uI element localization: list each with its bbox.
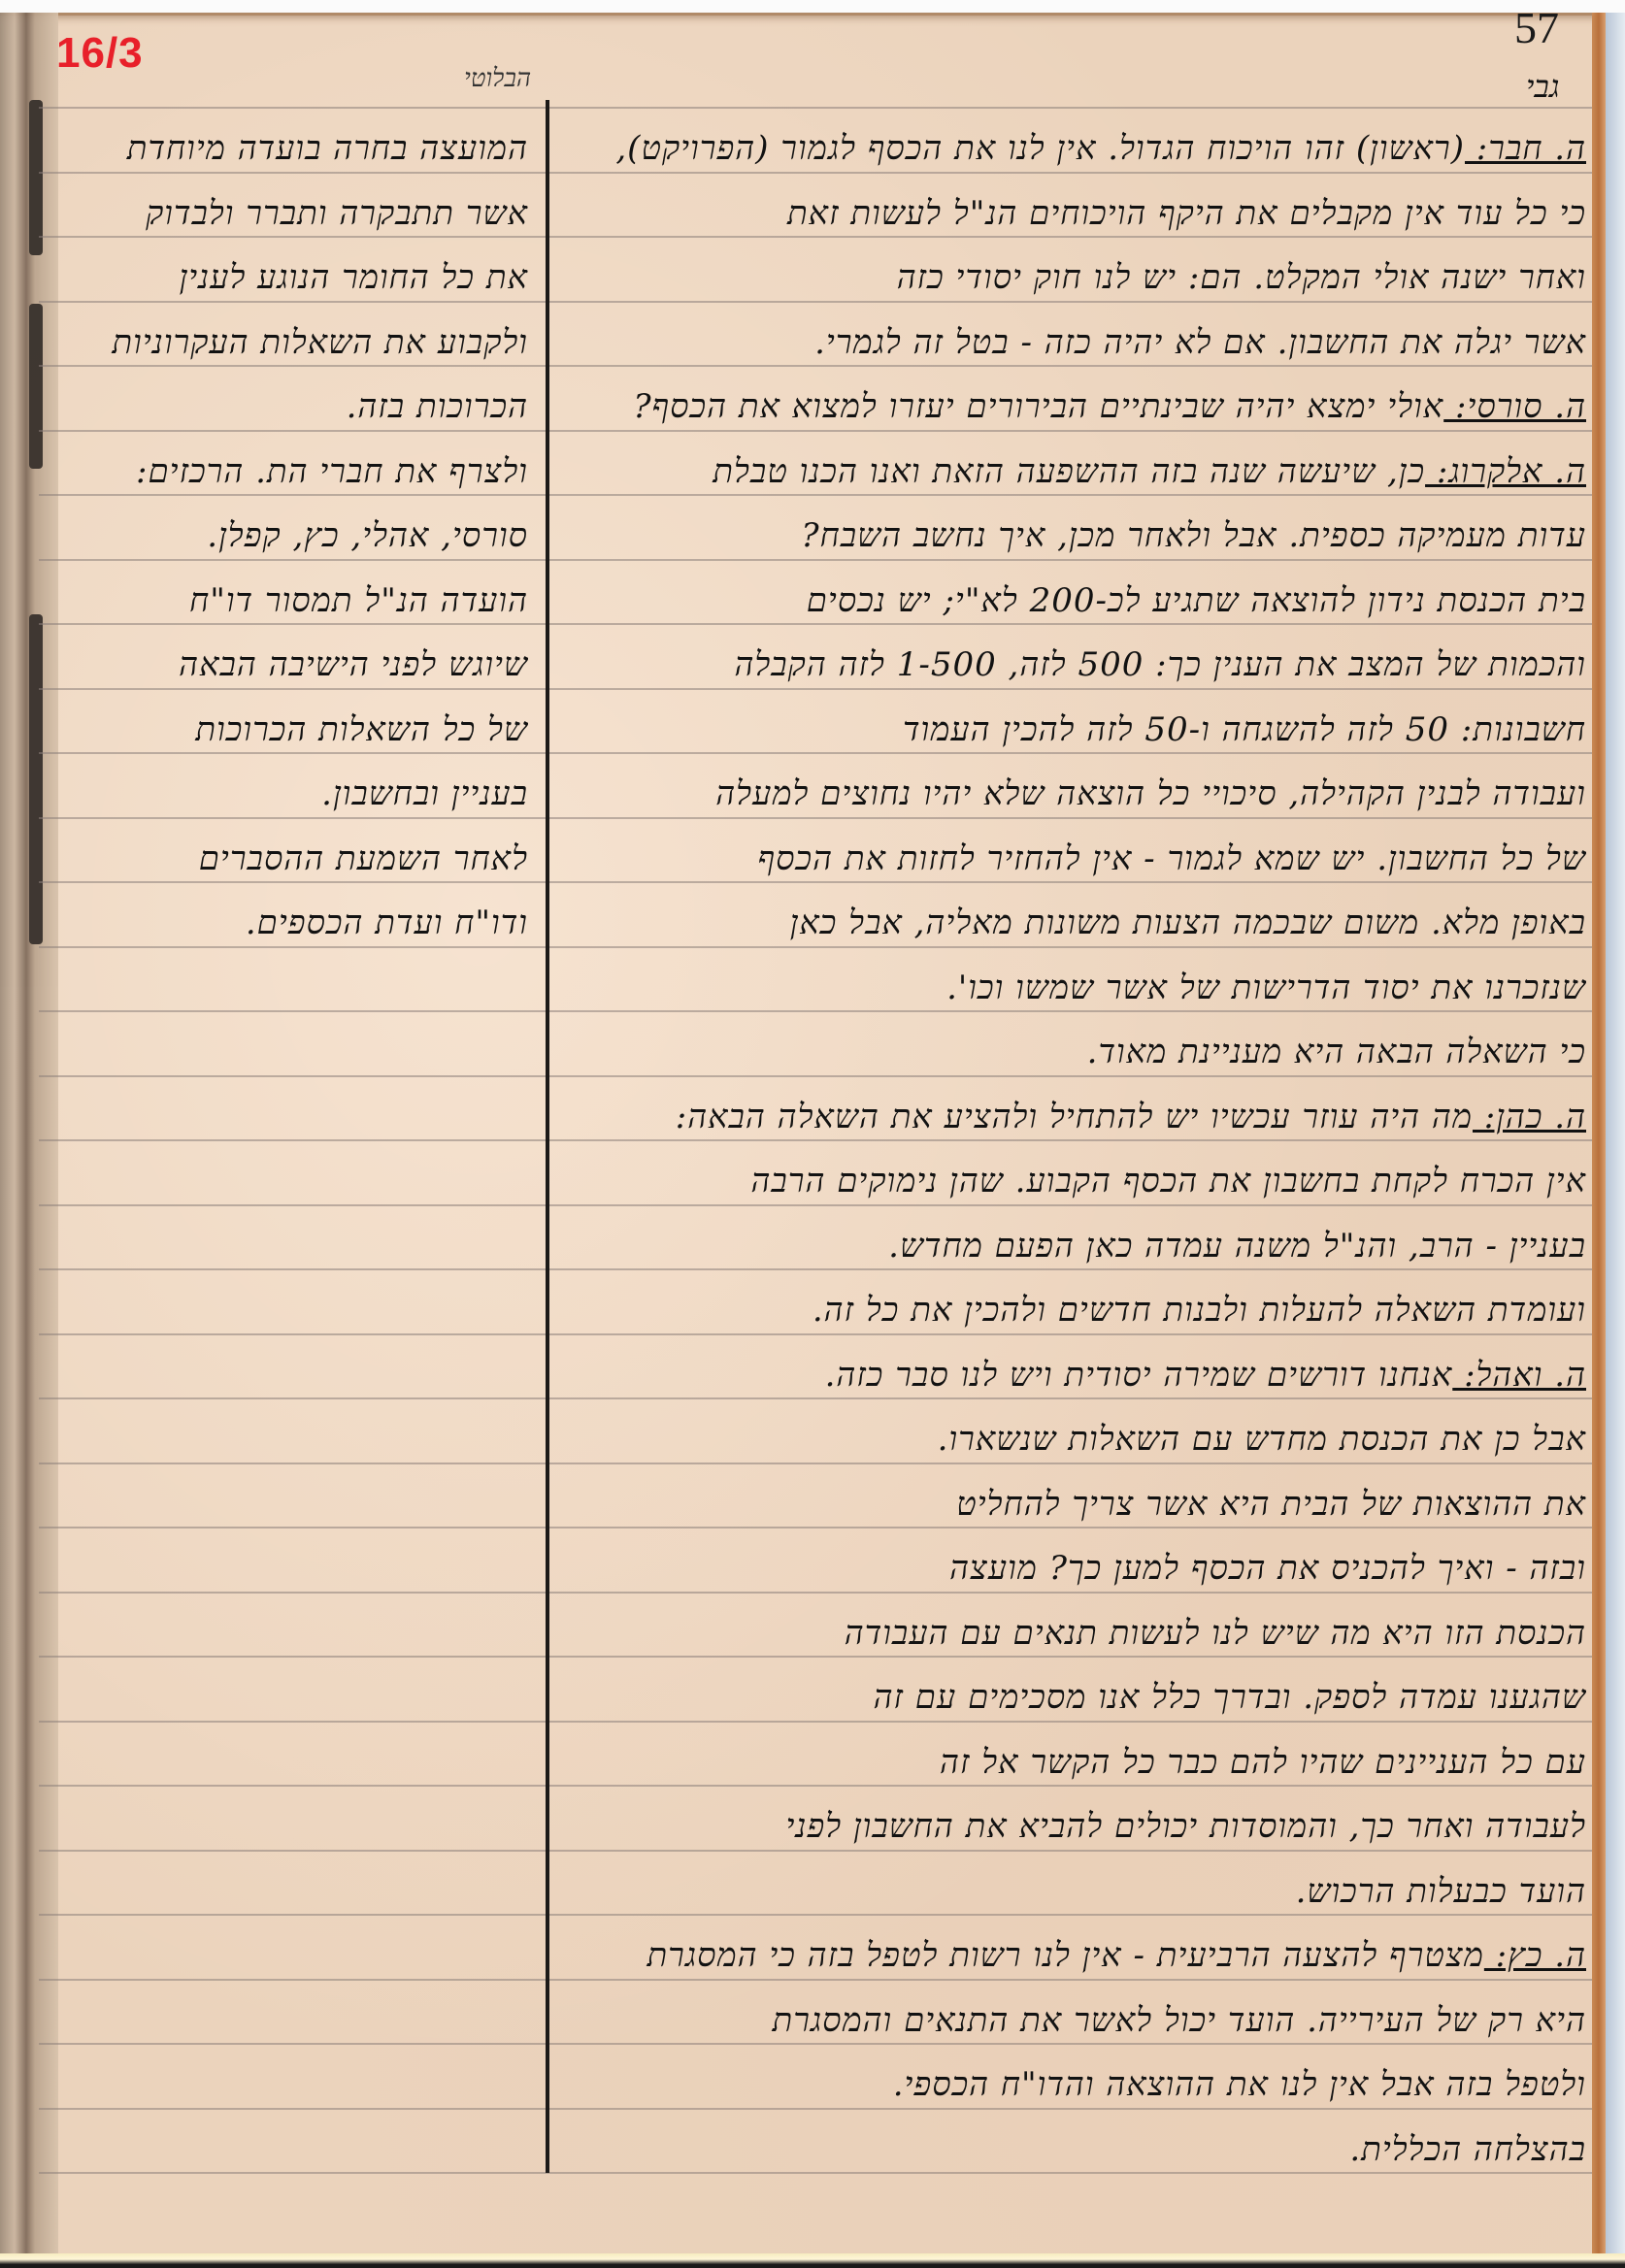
right-binding: [1592, 13, 1606, 2264]
minutes-text: שנזכרנו את יסוד הדרישות של אשר שמשו וכו'…: [946, 969, 1586, 1007]
minutes-line: של כל החשבון. יש שמא לגמור - אין להחזיר …: [557, 835, 1586, 883]
note-line: סורסי, אהלי, כץ, קפלן.: [52, 511, 528, 560]
minutes-line: ה. כהן: מה היה עוזר עכשיו יש להתחיל ולהצ…: [557, 1093, 1586, 1141]
minutes-text: כי השאלה הבאה היא מעניינת מאוד.: [1087, 1033, 1586, 1071]
note-line: את כל החומר הנוגע לענין: [52, 253, 528, 302]
minutes-line: כי כל עוד אין מקבלים את היקף הויכוחים הנ…: [557, 189, 1586, 238]
minutes-line: ה. חבר: (ראשון) זהו הויכוח הגדול. אין לנ…: [557, 124, 1586, 173]
minutes-text: אין הכרח לקחת בחשבון את הכסף הקבוע. שהן …: [750, 1162, 1586, 1200]
left-column-heading: הבלוטי: [464, 64, 531, 93]
note-line: ולצרף את חברי הת. הרכזים:: [52, 447, 528, 496]
minutes-line: ואחר ישנה אולי המקלט. הם: יש לנו חוק יסו…: [557, 253, 1586, 302]
minutes-line: ה. סורסי: אולי ימצא יהיה שבינתיים הבירור…: [557, 382, 1586, 431]
minutes-text: של כל החשבון. יש שמא לגמור - אין להחזיר …: [758, 839, 1586, 878]
minutes-text: ועבודה לבנין הקהילה, סיכויי כל הוצאה שלא…: [715, 774, 1586, 813]
minutes-text: בהצלחה הכללית.: [1349, 2130, 1586, 2169]
minutes-line: לעבודה ואחר כך, והמוסדות יכולים להביא את…: [557, 1802, 1586, 1851]
minutes-line: אבל כן את הכנסת מחדש עם השאלות שנשארו.: [557, 1415, 1586, 1463]
minutes-text: הועד כבעלות הרכוש.: [1296, 1872, 1586, 1911]
minutes-text: אבל כן את הכנסת מחדש עם השאלות שנשארו.: [938, 1420, 1586, 1459]
minutes-text: לעבודה ואחר כך, והמוסדות יכולים להביא את…: [785, 1807, 1586, 1846]
minutes-text: עדות מעמיקה כספית. אבל ולאחר מכן, איך נח…: [801, 516, 1586, 555]
minutes-text: ועומדת השאלה להעלות ולבנות חדשים ולהכין …: [812, 1291, 1586, 1330]
minutes-line: כי השאלה הבאה היא מעניינת מאוד.: [557, 1028, 1586, 1076]
minutes-line: חשבונות: 50 לזה להשגחה ו-50 לזה להכין הע…: [557, 706, 1586, 754]
note-line: לאחר השמעת ההסברים: [52, 835, 528, 883]
minutes-text: ואחר ישנה אולי המקלט. הם: יש לנו חוק יסו…: [897, 258, 1586, 297]
minutes-text: בית הכנסת נידון להוצאה שתגיע לכ-200 לא"י…: [807, 581, 1586, 620]
minutes-text: כי כל עוד אין מקבלים את היקף הויכוחים הנ…: [787, 194, 1586, 233]
minutes-line: באופן מלא. משום שבכמה הצעות משונות מאליה…: [557, 899, 1586, 947]
minutes-text: כן, שיעשה שנה בזה ההשפעה הזאת ואנו הכנו …: [713, 452, 1425, 491]
minutes-line: שנזכרנו את יסוד הדרישות של אשר שמשו וכו'…: [557, 964, 1586, 1012]
note-line: בעניין ובחשבון.: [52, 770, 528, 818]
minutes-text: מה היה עוזר עכשיו יש להתחיל ולהציע את הש…: [676, 1098, 1473, 1136]
binding-stitch: [29, 614, 43, 944]
minutes-text: אולי ימצא יהיה שבינתיים הבירורים יעזרו ל…: [633, 387, 1443, 426]
header-word: גבי: [1526, 68, 1559, 105]
minutes-line: בית הכנסת נידון להוצאה שתגיע לכ-200 לא"י…: [557, 576, 1586, 625]
minutes-line: והכמות של המצב את הענין כך: 500 לזה, 1-5…: [557, 641, 1586, 689]
minutes-text: ולטפל בזה אבל אין לנו את ההוצאה והדו"ח ה…: [893, 2065, 1586, 2104]
minutes-text: אשר יגלה את החשבון. אם לא יהיה כזה - בטל…: [814, 323, 1586, 362]
note-line: של כל השאלות הכרוכות: [52, 706, 528, 754]
binding-stitch: [29, 304, 43, 469]
bottom-edge: [0, 2253, 1625, 2268]
minutes-text: בעניין - הרב, והנ"ל משנה עמדה כאן הפעם מ…: [888, 1227, 1586, 1265]
binding-stitch: [29, 100, 43, 255]
minutes-line: אין הכרח לקחת בחשבון את הכסף הקבוע. שהן …: [557, 1157, 1586, 1205]
minutes-text: (ראשון) זהו הויכוח הגדול. אין לנו את הכס…: [615, 129, 1465, 168]
minutes-line: בהצלחה הכללית.: [557, 2125, 1586, 2174]
page-number: 57: [1514, 2, 1559, 53]
minutes-line: עם כל העניינים שהיו להם כבר כל הקשר אל ז…: [557, 1738, 1586, 1787]
note-line: ולקבוע את השאלות העקרוניות: [52, 318, 528, 367]
minutes-line: ה. אלקרוג: כן, שיעשה שנה בזה ההשפעה הזאת…: [557, 447, 1586, 496]
minutes-text: את ההוצאות של הבית היא אשר צריך להחליט: [956, 1485, 1586, 1524]
note-line: אשר תתבקרה ותברר ולבדוק: [52, 189, 528, 238]
note-line: הועדה הנ"ל תמסור דו"ח: [52, 576, 528, 625]
scan-background: [1606, 13, 1625, 2264]
minutes-line: ובזה - ואיך להכניס את הכסף למען כך? מועצ…: [557, 1544, 1586, 1593]
speaker-name: ה. אלקרוג:: [1425, 452, 1586, 491]
minutes-line: אשר יגלה את החשבון. אם לא יהיה כזה - בטל…: [557, 318, 1586, 367]
minutes-line: שהגענו עמדה לספק. ובדרך כלל אנו מסכימים …: [557, 1673, 1586, 1722]
document-label: 16/3: [56, 29, 144, 78]
speaker-name: ה. כץ:: [1484, 1936, 1586, 1975]
speaker-name: ה. חבר:: [1465, 129, 1586, 168]
column-divider: [546, 100, 549, 2173]
minutes-line: ועומדת השאלה להעלות ולבנות חדשים ולהכין …: [557, 1286, 1586, 1334]
speaker-name: ה. כהן:: [1473, 1098, 1586, 1136]
minutes-line: בעניין - הרב, והנ"ל משנה עמדה כאן הפעם מ…: [557, 1222, 1586, 1270]
minutes-text: שהגענו עמדה לספק. ובדרך כלל אנו מסכימים …: [874, 1678, 1586, 1717]
minutes-line: את ההוצאות של הבית היא אשר צריך להחליט: [557, 1480, 1586, 1528]
minutes-text: עם כל העניינים שהיו להם כבר כל הקשר אל ז…: [940, 1743, 1586, 1782]
speaker-name: ה. סורסי:: [1443, 387, 1586, 426]
note-line: ודו"ח ועדת הכספים.: [52, 899, 528, 947]
minutes-line: ה. כץ: מצטרף להצעה הרביעית - אין לנו רשו…: [557, 1931, 1586, 1980]
minutes-text: חשבונות: 50 לזה להשגחה ו-50 לזה להכין הע…: [903, 710, 1586, 749]
minutes-line: ועבודה לבנין הקהילה, סיכויי כל הוצאה שלא…: [557, 770, 1586, 818]
minutes-line: היא רק של העירייה. הועד יכול לאשר את התנ…: [557, 1996, 1586, 2045]
note-line: המועצה בחרה בועדה מיוחדת: [52, 124, 528, 173]
minutes-text: היא רק של העירייה. הועד יכול לאשר את התנ…: [772, 2001, 1586, 2040]
note-line: הכרוכות בזה.: [52, 382, 528, 431]
note-line: שיוגש לפני הישיבה הבאה: [52, 641, 528, 689]
minutes-text: והכמות של המצב את הענין כך: 500 לזה, 1-5…: [734, 645, 1586, 684]
minutes-text: ובזה - ואיך להכניס את הכסף למען כך? מועצ…: [949, 1549, 1586, 1588]
minutes-line: הועד כבעלות הרכוש.: [557, 1867, 1586, 1916]
minutes-text: הכנסת הזו היא מה שיש לנו לעשות תנאים עם …: [845, 1614, 1586, 1653]
minutes-line: ה. ואהל: אנחנו דורשים שמירה יסודית ויש ל…: [557, 1351, 1586, 1399]
minutes-text: באופן מלא. משום שבכמה הצעות משונות מאליה…: [790, 904, 1586, 942]
minutes-text: אנחנו דורשים שמירה יסודית ויש לנו סבר כז…: [825, 1356, 1453, 1395]
minutes-text: מצטרף להצעה הרביעית - אין לנו רשות לטפל …: [647, 1936, 1483, 1975]
minutes-line: הכנסת הזו היא מה שיש לנו לעשות תנאים עם …: [557, 1609, 1586, 1658]
speaker-name: ה. ואהל:: [1452, 1356, 1586, 1395]
minutes-line: ולטפל בזה אבל אין לנו את ההוצאה והדו"ח ה…: [557, 2060, 1586, 2109]
left-binding: [0, 13, 58, 2264]
minutes-line: עדות מעמיקה כספית. אבל ולאחר מכן, איך נח…: [557, 511, 1586, 560]
ruled-line: [39, 107, 1592, 109]
